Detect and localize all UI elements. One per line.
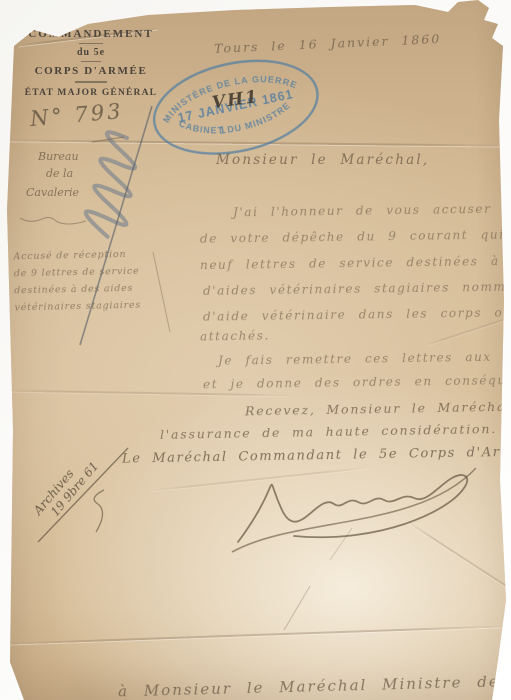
squiggle-divider: [20, 217, 86, 224]
underline-dash: [92, 137, 124, 142]
faint-pen-line: [153, 252, 170, 332]
ink-strokes-layer: [0, 0, 511, 700]
diagonal-pen-line: [80, 106, 152, 345]
archive-strike-line: [38, 448, 128, 542]
faint-hairline: [284, 586, 310, 630]
paraph-flourish: [94, 490, 104, 532]
paper-sheet: COMMANDEMENT du 5e CORPS D'ARMÉE ÉTAT MA…: [0, 0, 511, 700]
faint-hairline: [330, 528, 352, 560]
